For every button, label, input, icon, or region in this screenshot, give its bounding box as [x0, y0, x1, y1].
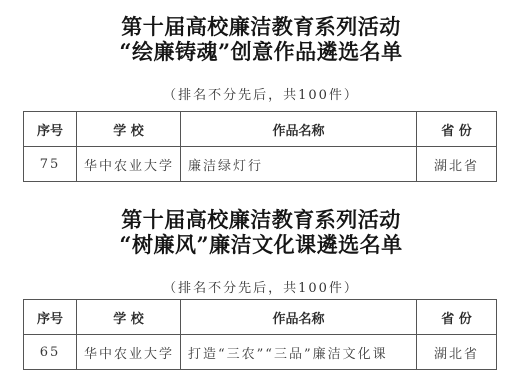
header-province: 省 份 — [417, 300, 497, 335]
creative-works-table: 序号 学 校 作品名称 省 份 75 华中农业大学 廉洁绿灯行 湖北省 — [23, 111, 497, 182]
section-title-line1: 第十届高校廉洁教育系列活动 — [0, 14, 522, 39]
table-header-row: 序号 学 校 作品名称 省 份 — [24, 112, 497, 147]
cell-no: 65 — [24, 335, 77, 370]
section-culture-courses: 第十届高校廉洁教育系列活动 “树廉风”廉洁文化课遴选名单 （排名不分先后，共10… — [0, 207, 522, 297]
header-no: 序号 — [24, 112, 77, 147]
cell-province: 湖北省 — [417, 147, 497, 182]
table-row: 75 华中农业大学 廉洁绿灯行 湖北省 — [24, 147, 497, 182]
table-row: 65 华中农业大学 打造“三农”“三品”廉洁文化课 湖北省 — [24, 335, 497, 370]
header-school: 学 校 — [77, 300, 181, 335]
section-subtitle: （排名不分先后，共100件） — [0, 281, 522, 297]
culture-courses-table: 序号 学 校 作品名称 省 份 65 华中农业大学 打造“三农”“三品”廉洁文化… — [23, 299, 497, 370]
cell-work: 打造“三农”“三品”廉洁文化课 — [181, 335, 417, 370]
header-province: 省 份 — [417, 112, 497, 147]
header-no: 序号 — [24, 300, 77, 335]
header-work: 作品名称 — [181, 112, 417, 147]
cell-work: 廉洁绿灯行 — [181, 147, 417, 182]
section-title-line2: “绘廉铸魂”创意作品遴选名单 — [0, 39, 522, 64]
section-title-line2: “树廉风”廉洁文化课遴选名单 — [0, 232, 522, 257]
cell-no: 75 — [24, 147, 77, 182]
cell-school: 华中农业大学 — [77, 147, 181, 182]
section-subtitle: （排名不分先后，共100件） — [0, 88, 522, 104]
section-creative-works: 第十届高校廉洁教育系列活动 “绘廉铸魂”创意作品遴选名单 （排名不分先后，共10… — [0, 14, 522, 104]
header-school: 学 校 — [77, 112, 181, 147]
header-work: 作品名称 — [181, 300, 417, 335]
cell-school: 华中农业大学 — [77, 335, 181, 370]
table-header-row: 序号 学 校 作品名称 省 份 — [24, 300, 497, 335]
section-title-line1: 第十届高校廉洁教育系列活动 — [0, 207, 522, 232]
cell-province: 湖北省 — [417, 335, 497, 370]
